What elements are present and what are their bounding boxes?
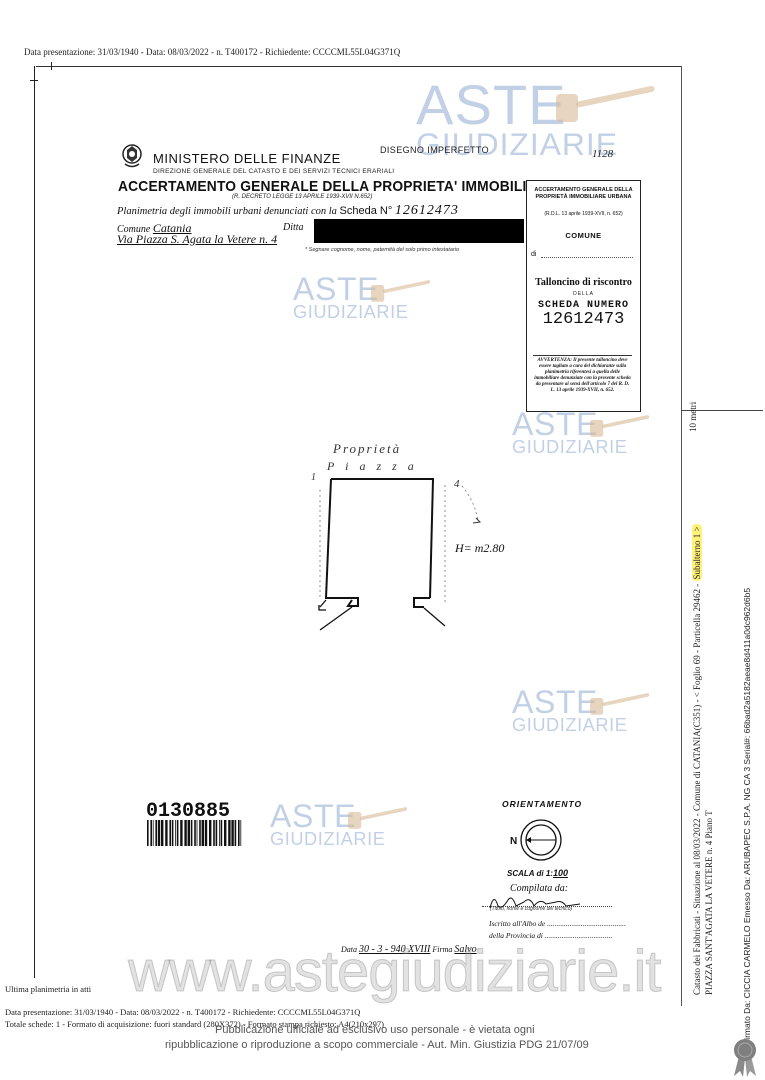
publication-notice-1: Pubblicazione ufficiale ad esclusivo uso…	[215, 1024, 535, 1036]
aste-watermark: ASTEGIUDIZIARIE	[293, 275, 408, 320]
frame-right-border	[681, 66, 682, 1006]
italian-emblem-icon	[120, 142, 144, 170]
frame-tick	[30, 80, 38, 81]
ministry-title: MINISTERO DELLE FINANZE	[153, 151, 341, 166]
stamp-decree: (R.D.L. 13 aprile 1939-XVII, n. 652)	[531, 211, 636, 217]
svg-text:4: 4	[454, 478, 460, 490]
certificate-seal-icon	[730, 1036, 760, 1078]
publication-notice-2: ripubblicazione o riproduzione a scopo c…	[165, 1039, 589, 1051]
redaction-box	[314, 219, 524, 243]
gavel-icon	[371, 279, 431, 303]
stamp-avvertenza: AVVERTENZA: Il presente talloncino deve …	[533, 355, 632, 404]
ditta-label: Ditta	[283, 222, 304, 233]
via-line: Via Piazza S. Agata la Vetere n. 4	[117, 232, 277, 247]
bottom-meta-presentazione: Data presentazione: 31/03/1940 - Data: 0…	[5, 1007, 360, 1017]
frame-top-border	[36, 66, 682, 67]
ditta-note: * Segnare cognome, nome, paternità del s…	[305, 247, 459, 253]
signature-note: (Titolo, nome e cognome del tecnico)	[490, 906, 572, 912]
scale-value: 100	[553, 868, 568, 878]
stamp-heading: ACCERTAMENTO GENERALE DELLA PROPRIETÀ IM…	[531, 187, 636, 201]
handwritten-reference: 1128	[592, 148, 613, 160]
address-side-info: PIAZZA SANT'AGATA LA VETERE n. 4 Piano T	[704, 810, 714, 995]
header-meta: Data presentazione: 31/03/1940 - Data: 0…	[24, 47, 400, 57]
stamp-di: di	[531, 251, 536, 258]
via-value: Via Piazza S. Agata la Vetere n. 4	[117, 232, 277, 246]
scale-label: SCALA di 1:100	[507, 868, 568, 878]
ultima-planimetria: Ultima planimetria in atti	[5, 984, 91, 994]
stamp-scheda-number: 12612473	[531, 310, 636, 329]
disegno-stamp: DISEGNO IMPERFETTO	[380, 145, 489, 155]
barcode-icon	[147, 820, 243, 846]
svg-text:1: 1	[311, 472, 316, 483]
height-label: H= m2.80	[455, 541, 504, 556]
floor-plan-drawing: 1 4	[240, 430, 560, 650]
planimetria-line: Planimetria degli immobili urbani denunc…	[117, 203, 459, 219]
scale-metri-label: 10 metri	[688, 402, 698, 432]
decree-reference: (R. DECRETO LEGGE 13 APRILE 1939-XVII N.…	[232, 194, 372, 200]
aste-watermark: ASTEGIUDIZIARIE	[512, 688, 627, 733]
scheda-number: 12612473	[395, 203, 459, 218]
gavel-icon	[556, 84, 656, 124]
aste-watermark: ASTEGIUDIZIARIE	[270, 802, 385, 847]
talloncino-stamp: ACCERTAMENTO GENERALE DELLA PROPRIETÀ IM…	[526, 180, 641, 412]
frame-tick	[51, 62, 52, 70]
stamp-comune: COMUNE	[531, 231, 636, 240]
frame-left-border	[34, 66, 35, 978]
svg-text:N: N	[510, 836, 517, 847]
stamp-della: DELLA	[531, 291, 636, 297]
catasto-side-info: Catasto dei Fabbricati - Situazione al 0…	[692, 524, 702, 995]
gavel-icon	[590, 692, 650, 716]
iscritto-label: Iscritto all'Albo de ...................…	[489, 919, 626, 928]
compass-icon: N	[505, 815, 575, 865]
gavel-icon	[590, 414, 650, 438]
stamp-talloncino: Talloncino di riscontro	[531, 277, 636, 288]
gavel-icon	[348, 806, 408, 830]
ministry-subtitle: DIREZIONE GENERALE DEL CATASTO E DEI SER…	[153, 168, 394, 175]
url-watermark: www.astegiudiziarie.it	[128, 938, 660, 1005]
orientamento-label: ORIENTAMENTO	[502, 799, 582, 809]
subalterno-highlight: Subalterno 1 >	[692, 524, 702, 581]
digital-signature-info: Firmato Da: CICCIA CARMELO Emesso Da: AR…	[742, 588, 752, 1045]
